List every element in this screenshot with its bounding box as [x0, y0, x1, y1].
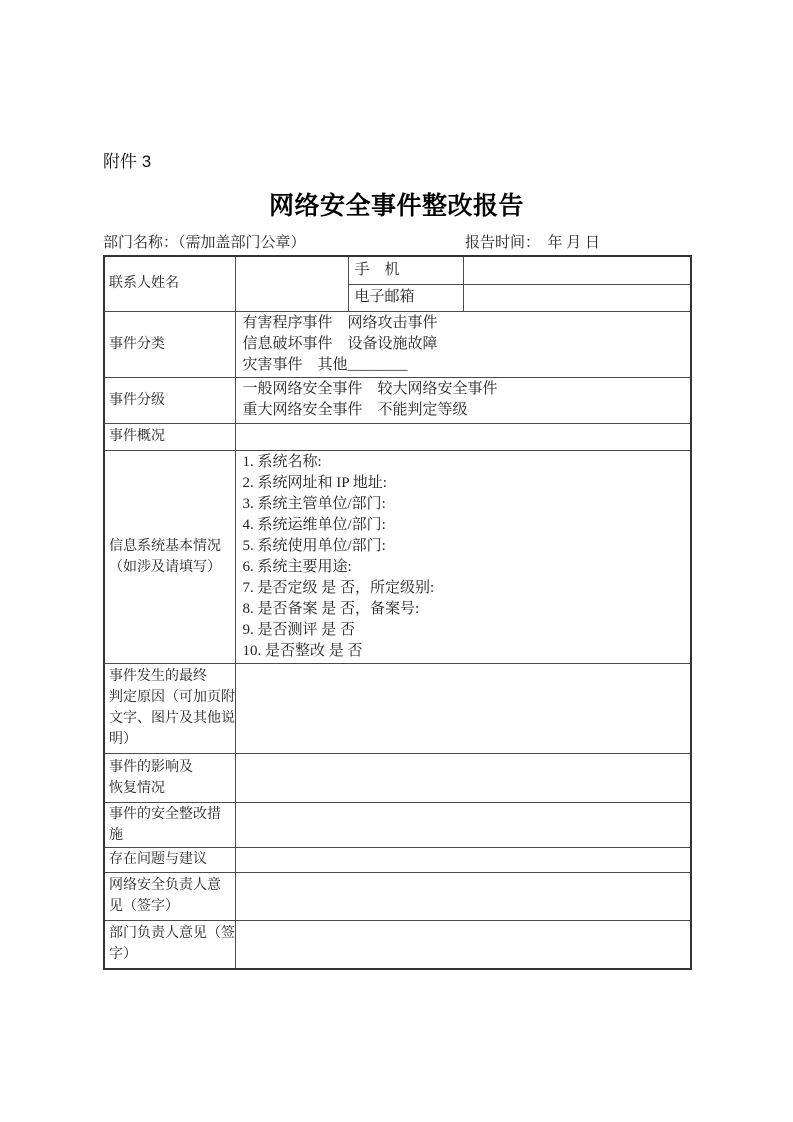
email-value-cell — [463, 284, 691, 311]
problems-suggestions-cell — [235, 847, 691, 872]
department-head-opinion-cell — [235, 920, 691, 969]
table-row: 联系人姓名 手 机 — [104, 256, 691, 284]
row-label-problems-suggestions: 存在问题与建议 — [104, 847, 235, 872]
attachment-label: 附件 3 — [103, 147, 151, 172]
row-label-incident-overview: 事件概况 — [104, 423, 235, 450]
table-row: 存在问题与建议 — [104, 847, 691, 872]
row-label-security-officer-opinion: 网络安全负责人意 见（签字） — [104, 872, 235, 920]
table-row: 信息系统基本情况 （如涉及请填写） 1. 系统名称: 2. 系统网址和 IP 地… — [104, 450, 691, 663]
row-label-phone: 手 机 — [348, 256, 463, 284]
incident-overview-cell — [235, 423, 691, 450]
table-row: 事件概况 — [104, 423, 691, 450]
table-row: 事件发生的最终 判定原因（可加页附 文字、图片及其他说 明） — [104, 663, 691, 753]
phone-value-cell — [463, 256, 691, 284]
incident-category-cell: 有害程序事件 网络攻击事件 信息破坏事件 设备设施故障 灾害事件 其他_____… — [235, 311, 691, 377]
row-label-incident-grade: 事件分级 — [104, 377, 235, 423]
row-label-incident-category: 事件分类 — [104, 311, 235, 377]
final-cause-cell — [235, 663, 691, 753]
table-row: 事件的安全整改措 施 — [104, 802, 691, 847]
impact-recovery-cell — [235, 753, 691, 802]
rectification-measures-cell — [235, 802, 691, 847]
report-document-page: 附件 3 网络安全事件整改报告 部门名称：（需加盖部门公章） 报告时间： 年 月… — [0, 0, 793, 1122]
row-label-system-info: 信息系统基本情况 （如涉及请填写） — [104, 450, 235, 663]
table-row: 部门负责人意见（签 字） — [104, 920, 691, 969]
table-row: 网络安全负责人意 见（签字） — [104, 872, 691, 920]
contact-name-value-cell — [235, 256, 348, 311]
department-name-line: 部门名称：（需加盖部门公章） — [103, 231, 306, 252]
system-info-cell: 1. 系统名称: 2. 系统网址和 IP 地址: 3. 系统主管单位/部门: 4… — [235, 450, 691, 663]
row-label-impact-recovery: 事件的影响及 恢复情况 — [104, 753, 235, 802]
row-label-department-head-opinion: 部门负责人意见（签 字） — [104, 920, 235, 969]
table-row: 事件分级 一般网络安全事件 较大网络安全事件 重大网络安全事件 不能判定等级 — [104, 377, 691, 423]
row-label-email: 电子邮箱 — [348, 284, 463, 311]
security-officer-opinion-cell — [235, 872, 691, 920]
page-title: 网络安全事件整改报告 — [103, 186, 690, 222]
table-row: 事件的影响及 恢复情况 — [104, 753, 691, 802]
row-label-final-cause: 事件发生的最终 判定原因（可加页附 文字、图片及其他说 明） — [104, 663, 235, 753]
row-label-rectification-measures: 事件的安全整改措 施 — [104, 802, 235, 847]
incident-grade-cell: 一般网络安全事件 较大网络安全事件 重大网络安全事件 不能判定等级 — [235, 377, 691, 423]
row-label-contact-name: 联系人姓名 — [104, 256, 235, 311]
table-row: 事件分类 有害程序事件 网络攻击事件 信息破坏事件 设备设施故障 灾害事件 其他… — [104, 311, 691, 377]
report-time-line: 报告时间： 年 月 日 — [465, 231, 600, 252]
report-form-table: 联系人姓名 手 机 电子邮箱 事件分类 有害程序事件 网络攻击事件 信息破坏事件… — [103, 255, 692, 970]
